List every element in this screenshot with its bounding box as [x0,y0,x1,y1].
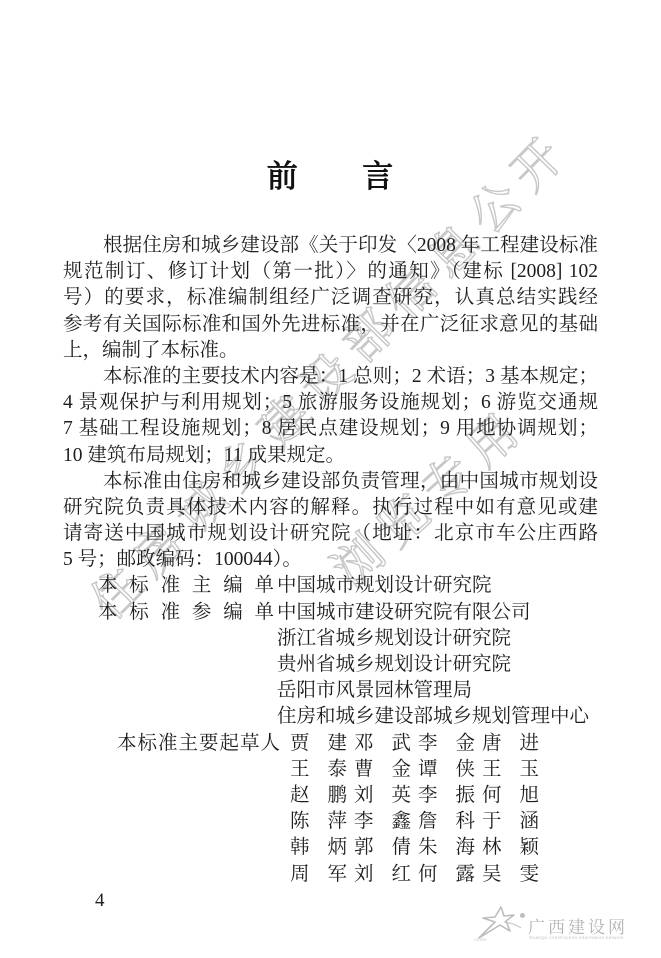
chief-editor-value: 中国城市规划设计研究院 [277,573,492,599]
logo-tagline: Guangxi construction information network [529,935,654,940]
drafter-name: 周 军 [290,862,347,888]
chief-editor-label: 本 标 准 主 编 单 位： [98,573,274,599]
participating-org: 贵州省城乡规划设计研究院 [277,652,511,678]
drafter-name-row: 韩炳越 郭 倩 朱海雄 林 颖 [290,835,539,861]
participating-org-row: 贵州省城乡规划设计研究院 [63,652,598,678]
drafter-name: 曹金清 [354,757,411,783]
drafter-name: 王泰阶 [290,757,347,783]
participating-org: 中国城市建设研究院有限公司 [277,600,531,626]
logo-dot [520,913,525,918]
drafter-name: 何 旭 [482,783,539,809]
drafter-name: 陈 萍 [290,809,347,835]
paragraph-line: 参考有关国际标准和国外先进标准，并在广泛征求意见的基础 [63,312,598,338]
drafter-name-row: 贾建中 邓武功 李金路 唐进群 [290,731,539,757]
paragraph-line: 号）的要求，标准编制组经广泛调查研究，认真总结实践经验， [63,285,598,311]
participating-org: 浙江省城乡规划设计研究院 [277,626,511,652]
paragraph-line: 规范制订、修订计划（第一批）〉的通知》（建标 [2008] 102 [63,259,598,285]
drafter-name: 于 涵 [482,809,539,835]
drafters-row: 本标准主要起草人员： 贾建中 邓武功 李金路 唐进群 [63,731,598,757]
paragraph-line: 7 基础工程设施规划；8 居民点建设规划；9 用地协调规划； [63,416,598,442]
drafter-name: 邓武功 [354,731,411,757]
document-page: 住房城乡建设部信息公开 浏览专用 前 言 根据住房和城乡建设部《关于印发〈200… [0,0,661,958]
participating-editor-label: 本 标 准 参 编 单 位： [98,600,274,626]
drafter-name: 刘 英 [354,783,411,809]
paragraph-line: 研究院负责具体技术内容的解释。执行过程中如有意见或建议， [63,495,598,521]
participating-org-row: 住房和城乡建设部城乡规划管理中心 [63,704,598,730]
drafter-name-row: 陈 萍 李 鑫 詹 科 于 涵 [290,809,539,835]
paragraph-line: 10 建筑布局规划；11 成果规定。 [63,443,598,469]
paragraph-line: 请寄送中国城市规划设计研究院（地址：北京市车公庄西路 [63,521,598,547]
drafter-name-row: 王泰阶 曹金清 谭 侠 王玉洁 [63,757,598,783]
participating-org: 岳阳市风景园林管理局 [277,678,472,704]
participating-org-row: 浙江省城乡规划设计研究院 [63,626,598,652]
logo-star-caption: GXJSW [474,938,486,942]
drafter-name: 詹 科 [418,809,475,835]
drafter-name: 朱海雄 [418,835,475,861]
participating-org: 住房和城乡建设部城乡规划管理中心 [277,704,589,730]
paragraph-line: 本标准由住房和城乡建设部负责管理，由中国城市规划设计 [63,469,598,495]
drafter-name-row: 陈 萍 李 鑫 詹 科 于 涵 [63,809,598,835]
paragraph-line: 4 景观保护与利用规划；5 旅游服务设施规划；6 游览交通规划； [63,390,598,416]
drafter-name-row: 赵 鹏 刘 英 李振鹏 何 旭 [63,783,598,809]
site-logo: 广西建设网 Guangxi construction information n… [528,905,653,950]
drafter-name: 刘红纯 [354,862,411,888]
drafter-name: 李振鹏 [418,783,475,809]
drafter-name: 何 露 [418,862,475,888]
drafter-name-row: 韩炳越 郭 倩 朱海雄 林 颖 [63,835,598,861]
participating-editor-row: 本 标 准 参 编 单 位： 中国城市建设研究院有限公司 [63,600,598,626]
drafter-name: 赵 鹏 [290,783,347,809]
chief-editor-row: 本 标 准 主 编 单 位： 中国城市规划设计研究院 [63,573,598,599]
drafter-name-row: 周 军 刘红纯 何 露 吴 雯 [290,862,539,888]
drafter-name: 贾建中 [290,731,347,757]
drafter-name: 王玉洁 [482,757,539,783]
drafter-name: 郭 倩 [354,835,411,861]
drafter-name: 谭 侠 [418,757,475,783]
drafter-name: 吴 雯 [482,862,539,888]
drafter-name: 韩炳越 [290,835,347,861]
paragraph-line: 根据住房和城乡建设部《关于印发〈2008 年工程建设标准 [63,233,598,259]
drafter-name: 李金路 [418,731,475,757]
page-title: 前 言 [0,160,661,194]
drafters-label: 本标准主要起草人员： [117,731,280,757]
drafter-name-row: 赵 鹏 刘 英 李振鹏 何 旭 [290,783,539,809]
page-number: 4 [95,890,105,912]
paragraph-line: 上，编制了本标准。 [63,338,598,364]
participating-org-row: 岳阳市风景园林管理局 [63,678,598,704]
drafter-name: 唐进群 [482,731,539,757]
drafter-name: 李 鑫 [354,809,411,835]
drafter-name: 林 颖 [482,835,539,861]
drafter-name-row: 周 军 刘红纯 何 露 吴 雯 [63,862,598,888]
drafter-name-row: 王泰阶 曹金清 谭 侠 王玉洁 [290,757,539,783]
body-text: 根据住房和城乡建设部《关于印发〈2008 年工程建设标准 规范制订、修订计划（第… [63,233,598,888]
paragraph-line: 本标准的主要技术内容是：1 总则；2 术语；3 基本规定； [63,364,598,390]
paragraph-line: 5 号；邮政编码：100044）。 [63,547,598,573]
